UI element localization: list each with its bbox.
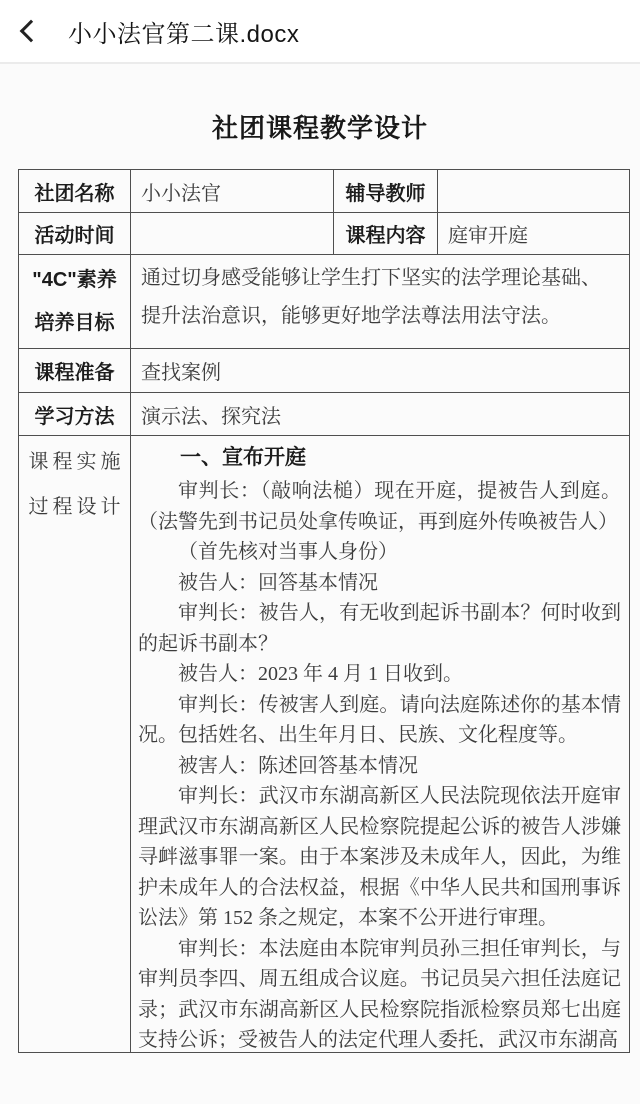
table-row: 活动时间 课程内容 庭审开庭 [19,213,630,255]
course-content-label: 课程内容 [334,213,438,255]
table-row: 课程实施 过程设计 一、宣布开庭 审判长：（敲响法槌）现在开庭，提被告人到庭。（… [19,436,630,1053]
tutor-label: 辅导教师 [334,170,438,213]
script-paragraph: 被害人：陈述回答基本情况 [138,751,621,782]
script-paragraph: 审判长：被告人，有无收到起诉书副本？何时收到的起诉书副本？ [138,598,621,659]
learning-method-value: 演示法、探究法 [131,393,630,436]
lesson-plan-table: 社团名称 小小法官 辅导教师 活动时间 课程内容 庭审开庭 "4C"素养 培养目… [18,169,630,1053]
back-button[interactable] [0,0,56,63]
course-content-value: 庭审开庭 [438,213,630,255]
file-title: 小小法官第二课.docx [68,14,299,49]
document-page[interactable]: 社团课程教学设计 社团名称 小小法官 辅导教师 活动时间 课程内容 庭审开庭 "… [0,64,640,1053]
app-header: 小小法官第二课.docx [0,0,640,64]
script-paragraph: 审判长：武汉市东湖高新区人民法院现依法开庭审理武汉市东湖高新区人民检察院提起公诉… [138,781,621,934]
script-paragraph: 被告人：2023 年 4 月 1 日收到。 [138,659,621,690]
course-prep-label: 课程准备 [19,349,131,393]
table-row: "4C"素养 培养目标 通过切身感受能够让学生打下坚实的法学理论基础、提升法治意… [19,255,630,349]
learning-method-label: 学习方法 [19,393,131,436]
script-paragraph: 审判长：本法庭由本院审判员孙三担任审判长，与审判员李四、周五组成合议庭。书记员吴… [138,934,621,1049]
4c-goal-label: "4C"素养 培养目标 [19,255,131,349]
script-paragraph: （首先核对当事人身份） [138,537,621,568]
chevron-left-icon [20,20,43,43]
4c-goal-label-line1: "4C"素养 [21,265,128,295]
activity-time-label: 活动时间 [19,213,131,255]
activity-time-value [131,213,334,255]
script-paragraph: 被告人：回答基本情况 [138,568,621,599]
tutor-value [438,170,630,213]
script-paragraph: 审判长：（敲响法槌）现在开庭，提被告人到庭。（法警先到书记员处拿传唤证，再到庭外… [138,476,621,537]
club-name-label: 社团名称 [19,170,131,213]
implementation-label-line2: 过程设计 [19,493,130,521]
implementation-content-cell: 一、宣布开庭 审判长：（敲响法槌）现在开庭，提被告人到庭。（法警先到书记员处拿传… [131,436,630,1053]
4c-goal-label-line2: 培养目标 [21,308,128,338]
course-prep-value: 查找案例 [131,349,630,393]
lesson-script: 一、宣布开庭 审判长：（敲响法槌）现在开庭，提被告人到庭。（法警先到书记员处拿传… [131,436,629,1048]
implementation-label: 课程实施 过程设计 [19,436,131,1053]
implementation-label-line1: 课程实施 [19,448,130,476]
document-title: 社团课程教学设计 [0,108,640,145]
4c-goal-value: 通过切身感受能够让学生打下坚实的法学理论基础、提升法治意识，能够更好地学法尊法用… [131,255,630,349]
section-heading: 一、宣布开庭 [138,440,621,476]
script-paragraph: 审判长：传被害人到庭。请向法庭陈述你的基本情况。包括姓名、出生年月日、民族、文化… [138,690,621,751]
table-row: 课程准备 查找案例 [19,349,630,393]
table-row: 社团名称 小小法官 辅导教师 [19,170,630,213]
table-row: 学习方法 演示法、探究法 [19,393,630,436]
club-name-value: 小小法官 [131,170,334,213]
